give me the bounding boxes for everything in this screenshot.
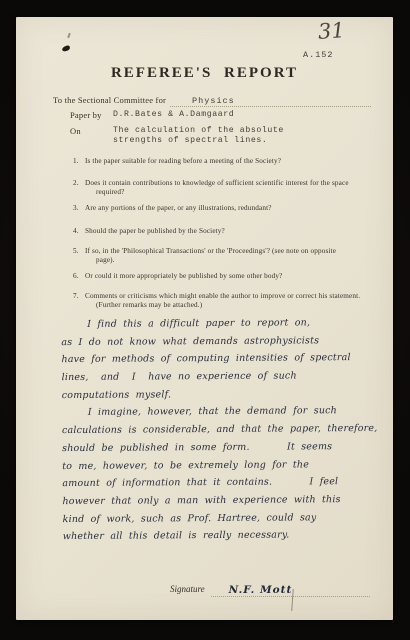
question-2: 2. Does it contain contributions to know… [73, 179, 375, 196]
question-6: 6. Or could it more appropriately be pub… [73, 272, 375, 281]
question-1-text: Is the paper suitable for reading before… [85, 157, 281, 165]
question-5: 5. If so, in the 'Philosophical Transact… [73, 247, 375, 264]
handwritten-line: however that only a man with experience … [62, 494, 372, 514]
signature-label: Signature [170, 584, 205, 594]
signature-row: Signature N.F. Mott [170, 583, 370, 596]
ink-blot-mark [61, 45, 70, 52]
question-7-number: 7. [73, 292, 85, 309]
reference-number: A.152 [303, 50, 334, 60]
question-4-number: 4. [73, 227, 85, 236]
handwritten-line: lines, and I have no experience of such [62, 370, 372, 390]
question-5-text-line1: If so, in the 'Philosophical Transaction… [85, 247, 375, 256]
paper-by-label: Paper by [70, 110, 113, 120]
handwritten-line: should be published in some form. It see… [62, 441, 372, 461]
paper-by-row: Paper by D.R.Bates & A.Damgaard [70, 110, 234, 120]
handwritten-comments: I find this a difficult paper to report … [61, 317, 373, 549]
paper-subject-row: On The calculation of the absolute stren… [70, 126, 284, 145]
document-page: 31 A.152 REFEREE'S REPORT To the Section… [16, 17, 393, 620]
question-1-number: 1. [73, 157, 85, 166]
question-7-text-line1: Comments or criticisms which might enabl… [85, 292, 375, 301]
question-2-text-line1: Does it contain contributions to knowled… [85, 179, 375, 188]
paper-by-value: D.R.Bates & A.Damgaard [113, 110, 234, 120]
handwritten-line: amount of information that it contains. … [62, 476, 372, 496]
ink-fleck-mark [67, 33, 71, 38]
question-2-text-line2: required? [85, 188, 375, 197]
question-4: 4. Should the paper be published by the … [73, 227, 375, 236]
question-5-text-line2: page). [85, 256, 375, 265]
question-2-number: 2. [73, 179, 85, 196]
handwritten-line: I find this a difficult paper to report … [61, 317, 371, 337]
handwritten-line: have for methods of computing intensitie… [61, 352, 371, 372]
handwritten-line: computations myself. [62, 388, 372, 408]
handwritten-line: kind of work, such as Prof. Hartree, cou… [63, 511, 373, 531]
committee-label: To the Sectional Committee for [53, 95, 166, 105]
question-3-text: Are any portions of the paper, or any il… [85, 204, 272, 212]
handwritten-line: to me, however, to be extremely long for… [62, 458, 372, 478]
question-3: 3. Are any portions of the paper, or any… [73, 204, 375, 213]
on-label: On [70, 126, 113, 145]
on-value-line1: The calculation of the absolute [113, 126, 284, 135]
handwritten-line: whether all this detail is really necess… [63, 529, 373, 549]
committee-field-value: Physics [170, 96, 371, 107]
question-4-text: Should the paper be published by the Soc… [85, 227, 225, 235]
handwritten-line: as I do not know what demands astrophysi… [61, 335, 371, 355]
on-value: The calculation of the absolute strength… [113, 126, 284, 145]
on-value-line2: strengths of spectral lines. [113, 136, 267, 145]
question-7: 7. Comments or criticisms which might en… [73, 292, 375, 309]
folio-number: 31 [317, 18, 345, 44]
question-6-number: 6. [73, 272, 85, 281]
question-7-text-line2: (Further remarks may be attached.) [85, 301, 375, 310]
question-3-number: 3. [73, 204, 85, 213]
pencil-stroke-mark [291, 589, 294, 611]
handwritten-line: I imagine, however, that the demand for … [62, 405, 372, 425]
question-5-number: 5. [73, 247, 85, 264]
question-6-text: Or could it more appropriately be publis… [85, 272, 282, 280]
page-title: REFEREE'S REPORT [16, 65, 393, 82]
handwritten-line: calculations is considerable, and that t… [62, 423, 372, 443]
signature-value: N.F. Mott [211, 584, 370, 597]
question-1: 1. Is the paper suitable for reading bef… [73, 157, 375, 166]
committee-row: To the Sectional Committee for Physics [53, 95, 371, 107]
